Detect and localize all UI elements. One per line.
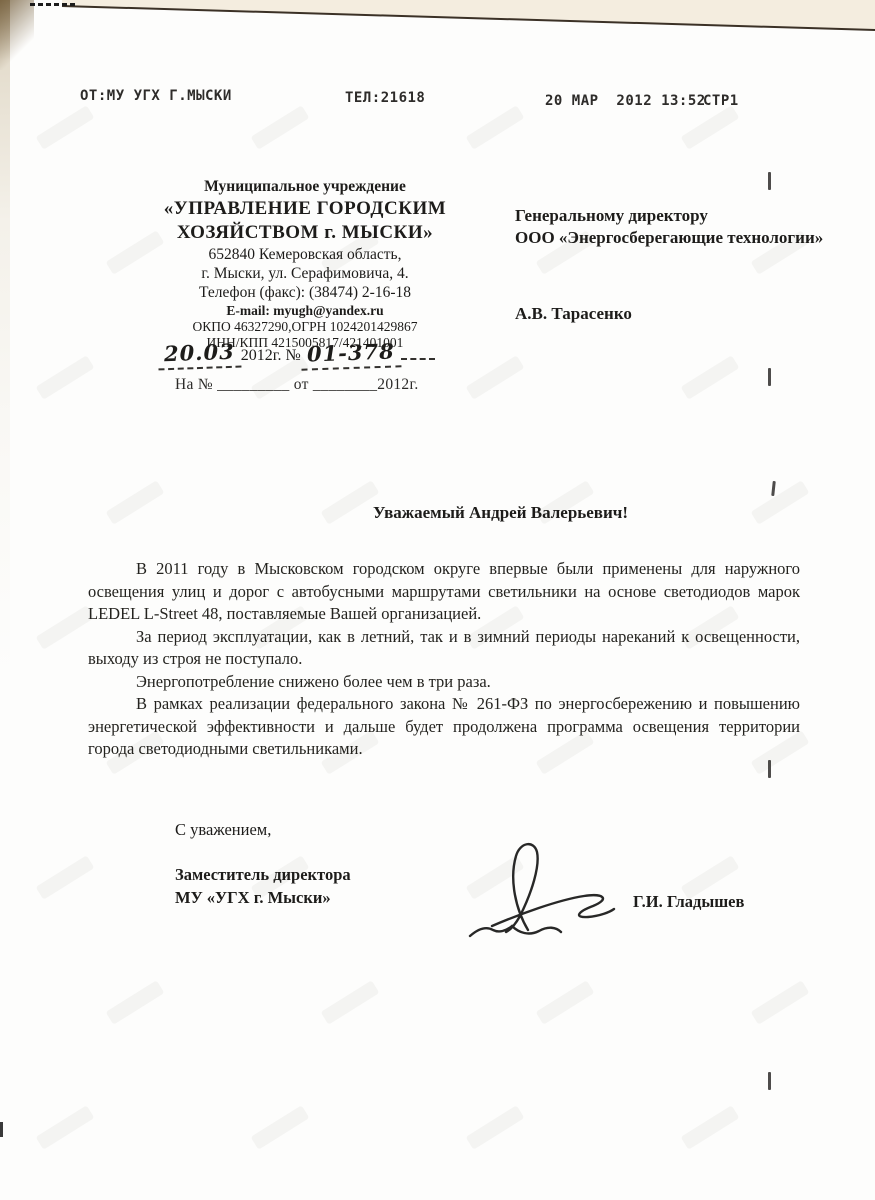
signer-name: Г.И. Гладышев: [633, 892, 744, 912]
letterhead: Муниципальное учреждение «УПРАВЛЕНИЕ ГОР…: [140, 179, 470, 352]
watermark-stamp: [36, 355, 95, 400]
scan-left-edge-shadow: [0, 0, 10, 1200]
watermark-stamp: [251, 1105, 310, 1150]
watermark-stamp: [36, 1105, 95, 1150]
scan-mark: [768, 760, 771, 778]
reference-middle: от: [294, 376, 309, 393]
recipient-name: А.В. Тарасенко: [515, 304, 632, 324]
body-paragraph: Энергопотребление снижено более чем в тр…: [88, 671, 800, 694]
watermark-stamp: [681, 1105, 740, 1150]
document-number-line: 20.032012г. №01-378: [158, 340, 435, 369]
body-paragraph: В рамках реализации федерального закона …: [88, 693, 800, 761]
fax-datetime: 20 МАР 2012 13:52: [545, 93, 706, 109]
watermark-stamp: [321, 980, 380, 1025]
signer-title-line1: Заместитель директора: [175, 863, 351, 886]
reference-blank-1: _________: [217, 376, 289, 393]
fax-sender: ОТ:МУ УГХ Г.МЫСКИ: [80, 88, 232, 104]
fax-page-number: СТР1: [703, 93, 739, 109]
recipient-block: Генеральному директору ООО «Энергосберег…: [515, 205, 860, 249]
watermark-stamp: [251, 105, 310, 150]
signature: [462, 838, 642, 938]
signer-title-line2: МУ «УГХ г. Мыски»: [175, 886, 351, 909]
body-paragraph: В 2011 году в Мысковском городском округ…: [88, 558, 800, 626]
reference-year: 2012г.: [377, 376, 418, 393]
signer-title: Заместитель директора МУ «УГХ г. Мыски»: [175, 863, 351, 909]
org-email: E-mail: myugh@yandex.ru: [140, 304, 470, 318]
scan-mark: [771, 481, 776, 496]
watermark-stamp: [681, 105, 740, 150]
watermark-stamp: [536, 980, 595, 1025]
handwritten-number: 01-378: [300, 338, 401, 370]
scan-mark: [0, 1122, 3, 1137]
watermark-stamp: [466, 105, 525, 150]
fax-tel: ТЕЛ:21618: [345, 90, 425, 106]
reference-blank-2: ________: [313, 376, 377, 393]
watermark-stamp: [751, 480, 810, 525]
org-type: Муниципальное учреждение: [140, 179, 470, 195]
watermark-stamp: [36, 605, 95, 650]
salutation: Уважаемый Андрей Валерьевич!: [373, 503, 628, 523]
recipient-title: Генеральному директору: [515, 205, 860, 227]
org-address-line1: 652840 Кемеровская область,: [140, 247, 470, 263]
watermark-stamp: [466, 1105, 525, 1150]
org-okpo-ogrn: ОКПО 46327290,ОГРН 1024201429867: [140, 320, 470, 334]
body-paragraph: За период эксплуатации, как в летний, та…: [88, 626, 800, 671]
watermark-stamp: [466, 355, 525, 400]
watermark-stamp: [321, 480, 380, 525]
org-phone: Телефон (факс): (38474) 2-16-18: [140, 285, 470, 301]
org-address-line2: г. Мыски, ул. Серафимовича, 4.: [140, 266, 470, 282]
reference-prefix: На №: [175, 376, 213, 393]
scan-mark: [768, 368, 771, 386]
org-name-line2: ХОЗЯЙСТВОМ г. МЫСКИ»: [140, 223, 470, 242]
typed-year-number-label: 2012г. №: [241, 347, 301, 364]
closing-regards: С уважением,: [175, 820, 271, 840]
watermark-stamp: [106, 480, 165, 525]
scanned-letter-page: ОТ:МУ УГХ Г.МЫСКИ ТЕЛ:21618 20 МАР 2012 …: [0, 0, 875, 1200]
scan-mark: [768, 1072, 771, 1090]
watermark-stamp: [106, 980, 165, 1025]
recipient-company: ООО «Энергосберегающие технологии»: [515, 227, 860, 249]
watermark-stamp: [36, 105, 95, 150]
blank-dashes: [401, 344, 435, 360]
letter-body: В 2011 году в Мысковском городском округ…: [88, 558, 800, 761]
reference-line: На № _________ от ________2012г.: [175, 376, 419, 394]
watermark-stamp: [751, 980, 810, 1025]
scan-top-edge: [0, 0, 875, 40]
org-name-line1: «УПРАВЛЕНИЕ ГОРОДСКИМ: [140, 199, 470, 218]
handwritten-date: 20.03: [158, 339, 242, 371]
watermark-stamp: [681, 355, 740, 400]
scan-mark: [768, 172, 771, 190]
watermark-stamp: [36, 855, 95, 900]
